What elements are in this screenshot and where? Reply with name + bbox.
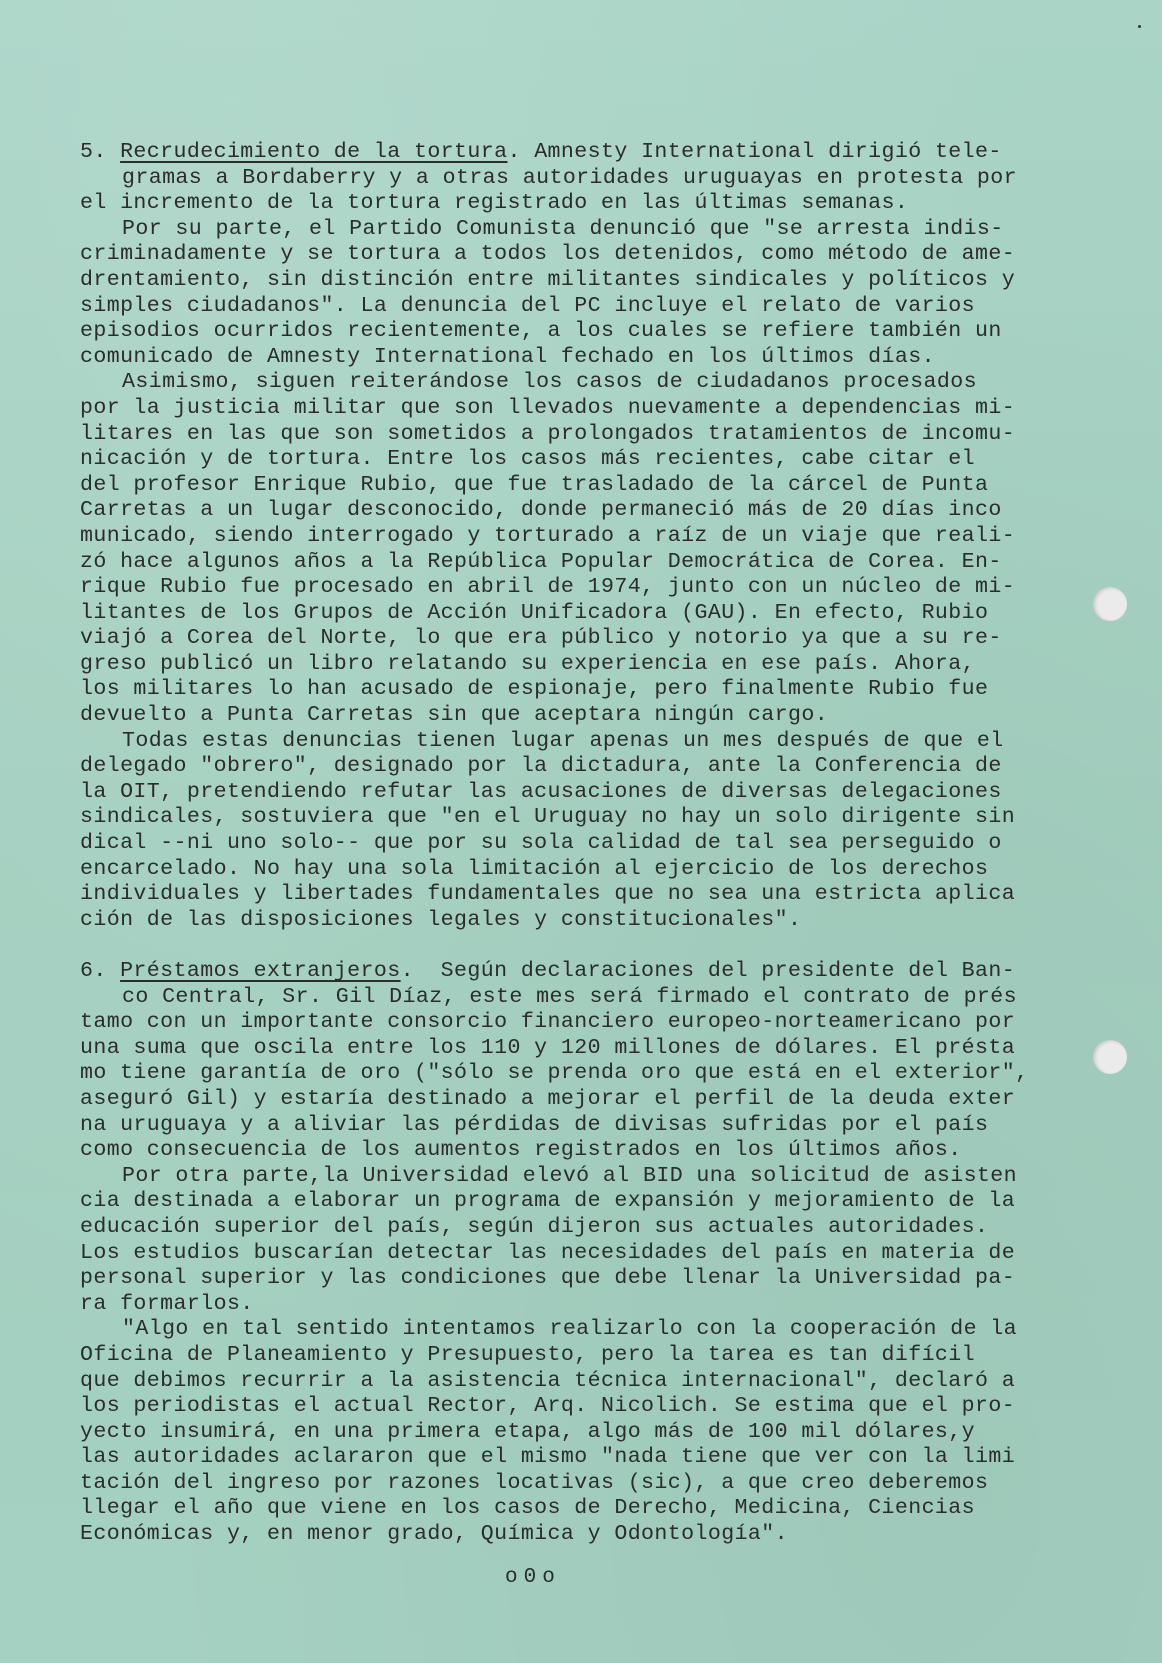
body-line: Carretas a un lugar desconocido, donde p… — [80, 498, 1100, 524]
body-line: litares en las que son sometidos a prolo… — [80, 422, 1100, 448]
body-line: los militares lo han acusado de espionaj… — [80, 677, 1100, 703]
body-line: ra formarlos. — [80, 1292, 1100, 1318]
body-line: llegar el año que viene en los casos de … — [80, 1496, 1100, 1522]
body-line: delegado "obrero", designado por la dict… — [80, 754, 1100, 780]
body-line: comunicado de Amnesty International fech… — [80, 345, 1100, 371]
body-line: que debimos recurrir a la asistencia téc… — [80, 1369, 1100, 1395]
body-line: gramas a Bordaberry y a otras autoridade… — [80, 166, 1100, 192]
body-line: una suma que oscila entre los 110 y 120 … — [80, 1036, 1100, 1062]
body-line: personal superior y las condiciones que … — [80, 1266, 1100, 1292]
body-line: las autoridades aclararon que el mismo "… — [80, 1445, 1100, 1471]
body-line: tación del ingreso por razones locativas… — [80, 1471, 1100, 1497]
end-marker: o0o — [505, 1566, 561, 1589]
body-line: Asimismo, siguen reiterándose los casos … — [80, 370, 1100, 396]
body-line: la OIT, pretendiendo refutar las acusaci… — [80, 780, 1100, 806]
body-line: los periodistas el actual Rector, Arq. N… — [80, 1394, 1100, 1420]
body-line: Por otra parte,la Universidad elevó al B… — [80, 1164, 1100, 1190]
body-line: yecto insumirá, en una primera etapa, al… — [80, 1420, 1100, 1446]
body-line: Los estudios buscarían detectar las nece… — [80, 1241, 1100, 1267]
body-line: educación superior del país, según dijer… — [80, 1215, 1100, 1241]
heading-line-rest: . Según declaraciones del presidente del… — [401, 959, 1015, 983]
section-heading: Préstamos extranjeros — [120, 959, 401, 983]
body-line: cia destinada a elaborar un programa de … — [80, 1189, 1100, 1215]
body-line: criminadamente y se tortura a todos los … — [80, 242, 1100, 268]
body-line: dical --ni uno solo-- que por su sola ca… — [80, 831, 1100, 857]
body-line: devuelto a Punta Carretas sin que acepta… — [80, 703, 1100, 729]
body-line: sindicales, sostuviera que "en el Urugua… — [80, 805, 1100, 831]
body-line: rique Rubio fue procesado en abril de 19… — [80, 575, 1100, 601]
body-line: como consecuencia de los aumentos regist… — [80, 1138, 1100, 1164]
body-line: litantes de los Grupos de Acción Unifica… — [80, 601, 1100, 627]
body-line: co Central, Sr. Gil Díaz, este mes será … — [80, 985, 1100, 1011]
body-line: Oficina de Planeamiento y Presupuesto, p… — [80, 1343, 1100, 1369]
section-heading-line: 5. Recrudecimiento de la tortura. Amnest… — [80, 140, 1100, 166]
body-line: drentamiento, sin distinción entre milit… — [80, 268, 1100, 294]
body-line: Económicas y, en menor grado, Química y … — [80, 1522, 1100, 1548]
body-line: el incremento de la tortura registrado e… — [80, 191, 1100, 217]
body-line: ción de las disposiciones legales y cons… — [80, 908, 1100, 934]
body-line: mo tiene garantía de oro ("sólo se prend… — [80, 1061, 1100, 1087]
body-line: nicación y de tortura. Entre los casos m… — [80, 447, 1100, 473]
body-line: Todas estas denuncias tienen lugar apena… — [80, 729, 1100, 755]
body-line: municado, siendo interrogado y torturado… — [80, 524, 1100, 550]
section-heading: Recrudecimiento de la tortura — [120, 140, 507, 164]
body-line: "Algo en tal sentido intentamos realizar… — [80, 1317, 1100, 1343]
section-number: 5. — [80, 140, 107, 164]
body-line: zó hace algunos años a la República Popu… — [80, 550, 1100, 576]
body-line: tamo con un importante consorcio financi… — [80, 1010, 1100, 1036]
body-line: episodios ocurridos recientemente, a los… — [80, 319, 1100, 345]
body-line: por la justicia militar que son llevados… — [80, 396, 1100, 422]
document-body: 5. Recrudecimiento de la tortura. Amnest… — [80, 140, 1100, 1548]
body-line: greso publicó un libro relatando su expe… — [80, 652, 1100, 678]
body-line: Por su parte, el Partido Comunista denun… — [80, 217, 1100, 243]
section-number: 6. — [80, 959, 107, 983]
body-line: viajó a Corea del Norte, lo que era públ… — [80, 626, 1100, 652]
section-torture: 5. Recrudecimiento de la tortura. Amnest… — [80, 140, 1100, 933]
section-foreign-loans: 6. Préstamos extranjeros. Según declarac… — [80, 959, 1100, 1548]
section-gap — [80, 933, 1100, 959]
body-line: na uruguaya y a aliviar las pérdidas de … — [80, 1113, 1100, 1139]
body-line: aseguró Gil) y estaría destinado a mejor… — [80, 1087, 1100, 1113]
body-line: del profesor Enrique Rubio, que fue tras… — [80, 473, 1100, 499]
body-line: individuales y libertades fundamentales … — [80, 882, 1100, 908]
heading-line-rest: . Amnesty International dirigió tele- — [507, 140, 1001, 164]
section-heading-line: 6. Préstamos extranjeros. Según declarac… — [80, 959, 1100, 985]
body-line: simples ciudadanos". La denuncia del PC … — [80, 294, 1100, 320]
ink-speck — [1138, 25, 1141, 28]
body-line: encarcelado. No hay una sola limitación … — [80, 857, 1100, 883]
